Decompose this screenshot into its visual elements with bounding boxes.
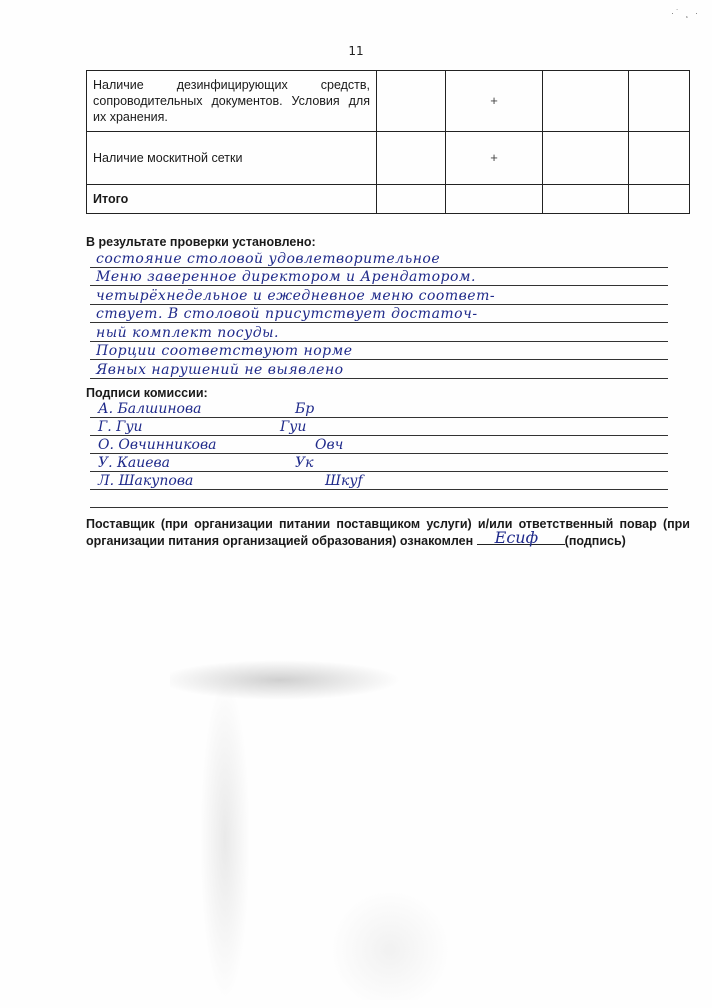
member-name: У. Каиева xyxy=(98,455,170,471)
member-name: О. Овчинникова xyxy=(98,437,216,453)
handwritten-line: Меню заверенное директором и Арендатором… xyxy=(90,268,668,287)
handwritten-line: ный комплект посуды. xyxy=(90,323,668,342)
table-cell xyxy=(629,132,690,185)
row-label: Наличие дезинфицирующих средств, сопрово… xyxy=(87,71,377,132)
handwritten-text: Порции соответствуют норме xyxy=(96,343,352,359)
scan-artifacts: ·˙ ¸ · xyxy=(671,8,700,18)
handwritten-text: ный комплект посуды. xyxy=(96,325,279,341)
scan-smudge xyxy=(170,640,510,1000)
row-label: Итого xyxy=(87,185,377,214)
table-cell xyxy=(543,132,629,185)
supplier-signature-blank: Есиф xyxy=(477,532,565,545)
table-cell xyxy=(629,71,690,132)
table-cell: + xyxy=(446,71,543,132)
signature-line: А. Балшинова Бр xyxy=(90,400,668,418)
checklist-table: Наличие дезинфицирующих средств, сопрово… xyxy=(86,70,690,214)
signature-mark: Есиф xyxy=(495,530,538,546)
signature-line: О. Овчинникова Овч xyxy=(90,436,668,454)
signature-caption: (подпись) xyxy=(565,534,626,548)
table-cell xyxy=(377,71,446,132)
handwritten-line: Явных нарушений не выявлено xyxy=(90,360,668,379)
signature-line: Л. Шакупова Шкуf xyxy=(90,472,668,490)
table-cell xyxy=(377,132,446,185)
table-cell xyxy=(377,185,446,214)
table-cell xyxy=(543,71,629,132)
member-name: Г. Гуи xyxy=(98,419,143,435)
signature-lines: А. Балшинова Бр Г. Гуи Гуи О. Овчинников… xyxy=(90,400,668,508)
table-cell xyxy=(446,185,543,214)
supplier-acknowledgement: Поставщик (при организации питании поста… xyxy=(86,516,690,549)
signature-mark: Овч xyxy=(315,437,343,453)
signature-line-blank xyxy=(90,490,668,508)
findings-title: В результате проверки установлено: xyxy=(86,235,316,249)
signature-mark: Гуи xyxy=(280,419,306,435)
handwritten-line: состояние столовой удовлетворительное xyxy=(90,249,668,268)
table-row: Наличие москитной сетки + xyxy=(87,132,690,185)
signature-line: У. Каиева Ук xyxy=(90,454,668,472)
table-cell xyxy=(543,185,629,214)
handwritten-text: состояние столовой удовлетворительное xyxy=(96,251,440,267)
handwritten-line: Порции соответствуют норме xyxy=(90,342,668,361)
table-cell: + xyxy=(446,132,543,185)
table-row: Наличие дезинфицирующих средств, сопрово… xyxy=(87,71,690,132)
signature-mark: Бр xyxy=(295,401,314,417)
page-number: 11 xyxy=(0,44,712,58)
handwritten-text: Меню заверенное директором и Арендатором… xyxy=(96,269,476,285)
handwritten-text: Явных нарушений не выявлено xyxy=(96,362,344,378)
handwritten-text: ствует. В столовой присутствует достаточ… xyxy=(96,306,478,322)
handwritten-text: четырёхнедельное и ежедневное меню соотв… xyxy=(96,288,495,304)
signature-line: Г. Гуи Гуи xyxy=(90,418,668,436)
signature-mark: Ук xyxy=(295,455,313,471)
member-name: Л. Шакупова xyxy=(98,473,193,489)
findings-lines: состояние столовой удовлетворительное Ме… xyxy=(90,249,668,379)
handwritten-line: четырёхнедельное и ежедневное меню соотв… xyxy=(90,286,668,305)
table-cell xyxy=(629,185,690,214)
row-label: Наличие москитной сетки xyxy=(87,132,377,185)
handwritten-line: ствует. В столовой присутствует достаточ… xyxy=(90,305,668,324)
table-row-total: Итого xyxy=(87,185,690,214)
member-name: А. Балшинова xyxy=(98,401,201,417)
signatures-title: Подписи комиссии: xyxy=(86,386,208,400)
signature-mark: Шкуf xyxy=(325,473,363,489)
